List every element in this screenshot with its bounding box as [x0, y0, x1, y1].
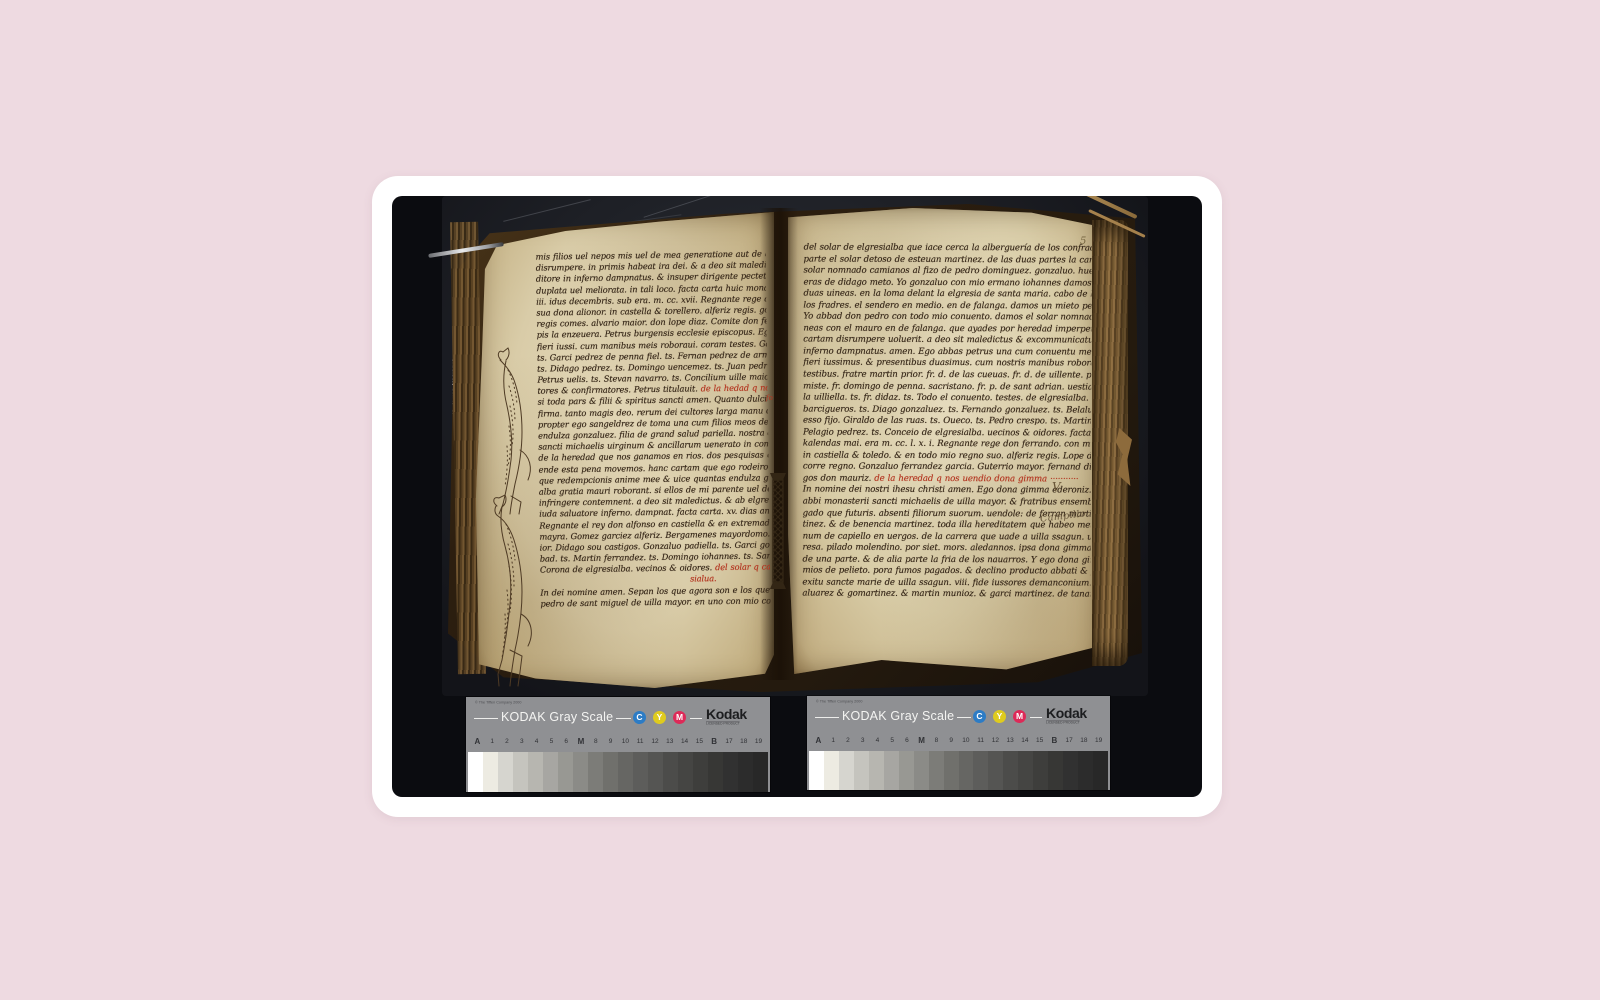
body-text: barcigueros. ts. Diago gonzaluez. ts. Fe…: [803, 404, 1091, 415]
grayscale-label: B: [1047, 734, 1062, 747]
body-text: aluarez & gomartinez. & martin munioz. &…: [802, 589, 1090, 600]
decorated-initial-letter: [769, 472, 787, 590]
grayscale-label: 13: [662, 735, 677, 748]
grayscale-label: 5: [544, 735, 559, 748]
manuscript-text-line: fieri iussimus. & presentibus duasimus. …: [803, 358, 1091, 371]
manuscript-text-line: de una parte. & de alia parte la fria de…: [802, 554, 1090, 567]
marginal-animal-drawing-lower: [484, 494, 544, 690]
grayscale-swatch: [513, 752, 528, 792]
grayscale-label: B: [707, 735, 722, 748]
manuscript-photograph: © España. Ministerio de Cultura. Archivo…: [392, 196, 1202, 797]
grayscale-label: 8: [929, 734, 944, 747]
grayscale-swatch: [1033, 751, 1048, 790]
body-text: la uilliella. ts. fr. didaz. ts. Todo el…: [803, 393, 1091, 404]
page-background: © España. Ministerio de Cultura. Archivo…: [0, 0, 1600, 1000]
grayscale-label: M: [574, 735, 589, 748]
kodak-title: KODAK Gray Scale: [498, 710, 616, 726]
grayscale-label: 15: [692, 735, 707, 748]
kodak-licensed-text: LICENSED PRODUCT: [706, 721, 740, 725]
manuscript-text-line: gos don mauriz. de la heredad q nos uend…: [803, 473, 1091, 486]
manuscript-text-line: resa. pilado molendino. por siet. mors. …: [803, 543, 1091, 556]
grayscale-swatch: [738, 752, 753, 792]
grayscale-label: 19: [1091, 734, 1106, 747]
folio-number: 5: [1080, 236, 1086, 247]
manuscript-text-line: miste. fr. domingo de penna. sacristano.…: [803, 381, 1091, 394]
grayscale-swatch: [678, 752, 693, 792]
manuscript-text-line: in castiella & toledo. & en todo mio reg…: [803, 450, 1091, 463]
grayscale-swatch: [468, 752, 483, 792]
right-page-text-block: del solar de elgresialba que iace cerca …: [802, 242, 1091, 601]
manuscript-text-line: inferno dampnatus. amen. Ego abbas petru…: [803, 346, 1091, 359]
manuscript-text-line: aluarez & gomartinez. & martin munioz. &…: [802, 589, 1090, 602]
kodak-cym-dots: CYM: [973, 710, 1026, 723]
grayscale-label: 1: [826, 734, 841, 747]
manuscript-text-line: neas con el mauro en de falanga. que aya…: [803, 323, 1091, 336]
grayscale-swatch: [573, 752, 588, 792]
grayscale-swatch: [1003, 751, 1018, 790]
body-text: exitu sancte marie de uilla ssagun. viii…: [802, 577, 1090, 588]
manuscript-text-line: barcigueros. ts. Diago gonzaluez. ts. Fe…: [803, 404, 1091, 417]
body-text: de una parte. & de alia parte la fria de…: [803, 554, 1091, 565]
grayscale-label: 15: [1032, 734, 1047, 747]
manuscript-text-line: del solar de elgresialba que iace cerca …: [804, 242, 1092, 255]
grayscale-swatch: [663, 752, 678, 792]
grayscale-swatch: [824, 751, 839, 790]
body-text: Pelagio pedrez. ts. Conceio de elgresial…: [803, 427, 1091, 438]
kodak-title-row: KODAK Gray Scale CYM Kodak LICENSED PROD…: [474, 709, 764, 727]
grayscale-swatch: [648, 752, 663, 792]
grayscale-swatch: [988, 751, 1003, 790]
cym-dot-c: C: [973, 710, 986, 723]
rule-line: [690, 718, 702, 719]
grayscale-label: 12: [648, 735, 663, 748]
grayscale-label: 6: [559, 735, 574, 748]
rule-line: [1030, 717, 1042, 718]
grayscale-label: 2: [841, 734, 856, 747]
kodak-title: KODAK Gray Scale: [839, 709, 957, 725]
grayscale-swatch: [1018, 751, 1033, 790]
grayscale-label: 17: [722, 735, 737, 748]
grayscale-swatch: [558, 752, 573, 792]
grayscale-label: 4: [870, 734, 885, 747]
body-text: corre regno. Gonzaluo ferrandez garcia. …: [803, 462, 1091, 473]
grayscale-label: 5: [885, 734, 900, 747]
body-text: del solar de elgresialba que iace cerca …: [804, 242, 1092, 253]
grayscale-swatch: [723, 752, 738, 792]
margin-flourish-mark: V: [1052, 480, 1061, 494]
manuscript-text-line: mios de pelieto. pora fumos pagados. & d…: [802, 566, 1090, 579]
manuscript-text-line: eras de didago meto. Yo gonzaluo con mio…: [803, 277, 1091, 290]
body-text: los fradres. el sendero en medio. en de …: [803, 300, 1091, 311]
grayscale-labels-row: A123456M89101112131415B171819: [811, 734, 1106, 747]
rubric-text: de la hedad q nos dio s pedrez de: [701, 383, 768, 394]
grayscale-label: 4: [529, 735, 544, 748]
grayscale-swatch: [839, 751, 854, 790]
grayscale-label: 8: [588, 735, 603, 748]
body-text: In nomine dei nostri ihesu christi amen.…: [803, 485, 1091, 496]
grayscale-swatch: [899, 751, 914, 790]
manuscript-text-line: Yo abbad don pedro con todo mio conuento…: [803, 312, 1091, 325]
rule-line: [957, 717, 971, 718]
kodak-gray-scale-bar-right: © The Tiffen Company 2000 KODAK Gray Sca…: [807, 696, 1110, 790]
manuscript-text-line: solar nomnado camianos al fizo de pedro …: [804, 266, 1092, 279]
body-text: neas con el mauro en de falanga. que aya…: [803, 323, 1091, 334]
cym-dot-m: M: [1013, 710, 1026, 723]
body-text: solar nomnado camianos al fizo de pedro …: [804, 266, 1092, 277]
manuscript-text-line: exitu sancte marie de uilla ssagun. viii…: [802, 577, 1090, 590]
body-text: mios de pelieto. pora fumos pagados. & d…: [802, 566, 1090, 577]
rubric-text: del solar q camiamos en elgre: [715, 562, 770, 573]
kodak-logo: Kodak: [706, 708, 747, 721]
grayscale-label: A: [470, 735, 485, 748]
grayscale-label: 2: [500, 735, 515, 748]
grayscale-label: 11: [633, 735, 648, 748]
manuscript-text-line: Pelagio pedrez. ts. Conceio de elgresial…: [803, 427, 1091, 440]
manuscript-text-line: esso fijo. Giraldo de las ruas. ts. Ouec…: [803, 416, 1091, 429]
marginal-animal-drawing-upper: [490, 346, 544, 516]
grayscale-label: 11: [973, 734, 988, 747]
grayscale-swatch: [753, 752, 768, 792]
left-page-text-block: mis filios uel nepos mis uel de mea gene…: [536, 248, 771, 609]
grayscale-swatch: [869, 751, 884, 790]
grayscale-swatch: [884, 751, 899, 790]
grayscale-swatch: [1078, 751, 1093, 790]
manuscript-text-line: abbi monasterii sancti michaelis de uill…: [803, 497, 1091, 510]
grayscale-swatch: [693, 752, 708, 792]
grayscale-labels-row: A123456M89101112131415B171819: [470, 735, 766, 748]
image-card: © España. Ministerio de Cultura. Archivo…: [372, 176, 1222, 817]
grayscale-label: 10: [618, 735, 633, 748]
grayscale-swatch: [929, 751, 944, 790]
manuscript-text-line: corre regno. Gonzaluo ferrandez garcia. …: [803, 462, 1091, 475]
body-text: pedro de sant miguel de uilla mayor. en …: [540, 595, 770, 608]
grayscale-swatch: [603, 752, 618, 792]
grayscale-label: 17: [1062, 734, 1077, 747]
manuscript-text-line: parte el solar detoso de esteuan martine…: [804, 254, 1092, 267]
grayscale-swatch: [854, 751, 869, 790]
body-text: abbi monasterii sancti michaelis de uill…: [803, 497, 1091, 508]
cym-dot-y: Y: [653, 711, 666, 724]
kodak-title-row: KODAK Gray Scale CYM Kodak LICENSED PROD…: [815, 708, 1104, 726]
grayscale-swatches-row: [468, 752, 768, 792]
manuscript-text-line: duas uineas. en la loma delant la elgres…: [803, 289, 1091, 302]
grayscale-label: 3: [514, 735, 529, 748]
grayscale-swatch: [498, 752, 513, 792]
body-text: fieri iussimus. & presentibus duasimus. …: [803, 358, 1091, 369]
grayscale-label: 19: [751, 735, 766, 748]
kodak-copyright: © The Tiffen Company 2000: [816, 700, 862, 704]
red-margin-note: fo: [766, 394, 773, 402]
grayscale-swatch: [809, 751, 824, 790]
grayscale-swatch: [483, 752, 498, 792]
body-text: cartam disrumpere uoluerit. a deo sit ma…: [803, 335, 1091, 346]
grayscale-label: M: [914, 734, 929, 747]
grayscale-label: 9: [944, 734, 959, 747]
body-text: Corona de elgresialba. vecinos & oidores…: [540, 562, 715, 574]
grayscale-label: 12: [988, 734, 1003, 747]
grayscale-label: 6: [900, 734, 915, 747]
manuscript-text-line: kalendas mai. era m. cc. l. x. i. Regnan…: [803, 439, 1091, 452]
grayscale-label: 13: [1003, 734, 1018, 747]
kodak-brand-block: Kodak LICENSED PRODUCT: [706, 708, 764, 729]
grayscale-swatch: [959, 751, 974, 790]
grayscale-swatches-row: [809, 751, 1108, 790]
grayscale-label: 18: [1077, 734, 1092, 747]
rule-line: [474, 718, 498, 719]
rule-line: [616, 718, 631, 719]
body-text: in castiella & toledo. & en todo mio reg…: [803, 450, 1091, 461]
grayscale-swatch: [633, 752, 648, 792]
manuscript-text-line: num de capiello en uergos. de la carrera…: [803, 531, 1091, 544]
cym-dot-m: M: [673, 711, 686, 724]
grayscale-swatch: [1093, 751, 1108, 790]
grayscale-label: 9: [603, 735, 618, 748]
grayscale-label: 18: [736, 735, 751, 748]
grayscale-swatch: [618, 752, 633, 792]
cym-dot-y: Y: [993, 710, 1006, 723]
grayscale-swatch: [944, 751, 959, 790]
grayscale-swatch: [914, 751, 929, 790]
kodak-licensed-text: LICENSED PRODUCT: [1046, 720, 1080, 724]
body-text: eras de didago meto. Yo gonzaluo con mio…: [803, 277, 1091, 288]
grayscale-swatch: [1063, 751, 1078, 790]
manuscript-text-line: In nomine dei nostri ihesu christi amen.…: [803, 485, 1091, 498]
grayscale-label: 10: [959, 734, 974, 747]
grayscale-swatch: [543, 752, 558, 792]
body-text: gos don mauriz.: [803, 473, 875, 483]
grayscale-label: 14: [1018, 734, 1033, 747]
manuscript-text-line: la uilliella. ts. fr. didaz. ts. Todo el…: [803, 393, 1091, 406]
grayscale-label: A: [811, 734, 826, 747]
grayscale-swatch: [528, 752, 543, 792]
cym-dot-c: C: [633, 711, 646, 724]
body-text: parte el solar detoso de esteuan martine…: [804, 254, 1092, 265]
body-text: tores & confirmatores. Petrus titulauit.: [537, 384, 700, 396]
manuscript-text-line: los fradres. el sendero en medio. en de …: [803, 300, 1091, 313]
grayscale-label: 14: [677, 735, 692, 748]
kodak-gray-scale-bar-left: © The Tiffen Company 2000 KODAK Gray Sca…: [466, 697, 770, 792]
rubric-text: de la heredad q nos uendio dona gimma ··…: [874, 474, 1078, 485]
rubric-text: sialua.: [690, 574, 717, 584]
grayscale-swatch: [973, 751, 988, 790]
grayscale-swatch: [708, 752, 723, 792]
kodak-brand-block: Kodak LICENSED PRODUCT: [1046, 707, 1104, 728]
grayscale-swatch: [588, 752, 603, 792]
grayscale-swatch: [1048, 751, 1063, 790]
body-text: kalendas mai. era m. cc. l. x. i. Regnan…: [803, 439, 1091, 450]
body-text: duas uineas. en la loma delant la elgres…: [803, 289, 1091, 300]
kodak-cym-dots: CYM: [633, 711, 686, 724]
body-text: inferno dampnatus. amen. Ego abbas petru…: [803, 346, 1091, 357]
body-text: num de capiello en uergos. de la carrera…: [803, 531, 1091, 542]
body-text: testibus. fratre martin prior. fr. d. de…: [803, 370, 1091, 381]
rule-line: [815, 717, 839, 718]
body-text: resa. pilado molendino. por siet. mors. …: [803, 543, 1091, 554]
grayscale-label: 3: [855, 734, 870, 747]
manuscript-text-line: testibus. fratre martin prior. fr. d. de…: [803, 370, 1091, 383]
body-text: miste. fr. domingo de penna. sacristano.…: [803, 381, 1091, 392]
manuscript-text-line: cartam disrumpere uoluerit. a deo sit ma…: [803, 335, 1091, 348]
body-text: Yo abbad don pedro con todo mio conuento…: [803, 312, 1091, 323]
body-text: esso fijo. Giraldo de las ruas. ts. Ouec…: [803, 416, 1091, 427]
kodak-logo: Kodak: [1046, 707, 1087, 720]
grayscale-label: 1: [485, 735, 500, 748]
kodak-copyright: © The Tiffen Company 2000: [475, 701, 521, 705]
